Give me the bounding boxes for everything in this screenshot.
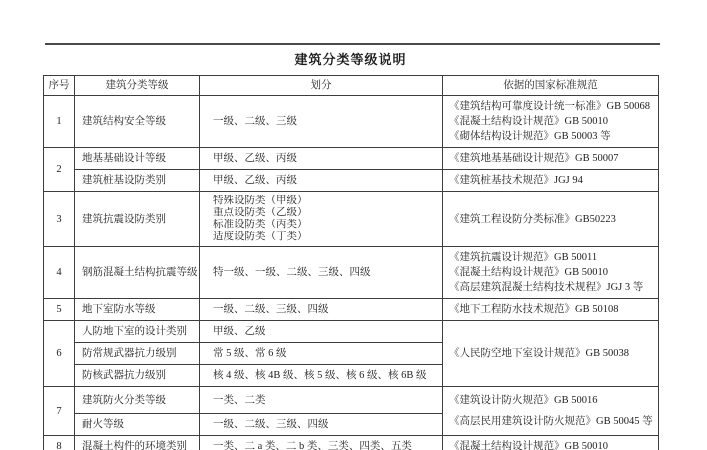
standards-cell: 《建筑地基基础设计规范》GB 50007 [443, 148, 659, 170]
text-line: 一级、二级、三级、四级 [213, 302, 440, 317]
table-row: 5地下室防水等级一级、二级、三级、四级《地下工程防水技术规范》GB 50108 [44, 299, 659, 321]
text-line: 《建筑结构可靠度设计统一标准》GB 50068 [449, 99, 656, 114]
category-cell: 防常规武器抗力级别 [75, 343, 200, 365]
division-cell: 一级、二级、三级、四级 [200, 299, 443, 321]
seq-cell: 1 [44, 96, 75, 148]
text-line: 防核武器抗力级别 [82, 368, 197, 383]
table-row: 4钢筋混凝土结构抗震等级特一级、一级、二级、三级、四级《建筑抗震设计规范》GB … [44, 247, 659, 299]
text-line: 《人民防空地下室设计规范》GB 50038 [449, 343, 656, 364]
seq-cell: 8 [44, 436, 75, 450]
text-line: 防常规武器抗力级别 [82, 346, 197, 361]
seq-cell: 6 [44, 321, 75, 387]
table-row: 6人防地下室的设计类别甲级、乙级《人民防空地下室设计规范》GB 50038 [44, 321, 659, 343]
column-header-category: 建筑分类等级 [75, 76, 200, 96]
table-body: 1建筑结构安全等级一级、二级、三级《建筑结构可靠度设计统一标准》GB 50068… [44, 96, 659, 450]
standards-cell: 《人民防空地下室设计规范》GB 50038 [443, 321, 659, 387]
text-line: 《混凝土结构设计规范》GB 50010 [449, 114, 656, 129]
text-line: 《混凝土结构设计规范》GB 50010 [449, 265, 656, 280]
category-cell: 防核武器抗力级别 [75, 365, 200, 387]
standards-cell: 《建筑设计防火规范》GB 50016《高层民用建筑设计防火规范》GB 50045… [443, 387, 659, 436]
text-line: 《高层民用建筑设计防火规范》GB 50045 等 [449, 411, 656, 432]
seq-cell: 5 [44, 299, 75, 321]
text-line: 一类、二类 [213, 393, 440, 408]
text-line: 地基基础设计等级 [82, 151, 197, 166]
division-cell: 核 4 级、核 4B 级、核 5 级、核 6 级、核 6B 级 [200, 365, 443, 387]
text-line: 一级、二级、三级 [213, 114, 440, 129]
standards-cell: 《地下工程防水技术规范》GB 50108 [443, 299, 659, 321]
category-cell: 建筑结构安全等级 [75, 96, 200, 148]
division-cell: 甲级、乙级 [200, 321, 443, 343]
standards-cell: 《建筑结构可靠度设计统一标准》GB 50068《混凝土结构设计规范》GB 500… [443, 96, 659, 148]
division-cell: 一级、二级、三级 [200, 96, 443, 148]
standards-cell: 《建筑工程设防分类标准》GB50223 [443, 192, 659, 247]
text-line: 耐火等级 [82, 417, 197, 432]
page-title: 建筑分类等级说明 [43, 49, 658, 68]
table-row: 7建筑防火分类等级一类、二类《建筑设计防火规范》GB 50016《高层民用建筑设… [44, 387, 659, 414]
division-cell: 一类、二类 [200, 387, 443, 414]
standards-cell: 《建筑抗震设计规范》GB 50011《混凝土结构设计规范》GB 50010《高层… [443, 247, 659, 299]
standards-cell: 《混凝土结构设计规范》GB 50010 [443, 436, 659, 450]
text-line: 《建筑设计防火规范》GB 50016 [449, 390, 656, 411]
category-cell: 混凝土构件的环境类别 [75, 436, 200, 450]
division-cell: 甲级、乙级、丙级 [200, 148, 443, 170]
text-line: 一类、二 a 类、二 b 类、三类、四类、五类 [213, 439, 440, 450]
text-line: 甲级、乙级 [213, 324, 440, 339]
text-line: 特殊设防类（甲级） [213, 195, 440, 207]
text-line: 《建筑地基基础设计规范》GB 50007 [449, 151, 656, 166]
category-cell: 建筑桩基设防类别 [75, 170, 200, 192]
text-line: 甲级、乙级、丙级 [213, 173, 440, 188]
text-line: 一级、二级、三级、四级 [213, 417, 440, 432]
table-header: 序号 建筑分类等级 划分 依据的国家标准规范 [44, 76, 659, 96]
seq-cell: 4 [44, 247, 75, 299]
column-header-standards: 依据的国家标准规范 [443, 76, 659, 96]
column-header-seq: 序号 [44, 76, 75, 96]
division-cell: 特一级、一级、二级、三级、四级 [200, 247, 443, 299]
text-line: 甲级、乙级、丙级 [213, 151, 440, 166]
seq-cell: 7 [44, 387, 75, 436]
category-cell: 人防地下室的设计类别 [75, 321, 200, 343]
category-cell: 建筑抗震设防类别 [75, 192, 200, 247]
text-line: 《地下工程防水技术规范》GB 50108 [449, 302, 656, 317]
text-line: 建筑防火分类等级 [82, 393, 197, 408]
category-cell: 地基基础设计等级 [75, 148, 200, 170]
document-page: 建筑分类等级说明 序号 建筑分类等级 划分 依据的国家标准规范 1建筑结构安全等… [0, 0, 707, 450]
standards-cell: 《建筑桩基技术规范》JGJ 94 [443, 170, 659, 192]
text-line: 混凝土构件的环境类别 [82, 439, 197, 450]
text-line: 《砌体结构设计规范》GB 50003 等 [449, 129, 656, 144]
text-line: 建筑桩基设防类别 [82, 173, 197, 188]
division-cell: 一类、二 a 类、二 b 类、三类、四类、五类 [200, 436, 443, 450]
table-header-row: 序号 建筑分类等级 划分 依据的国家标准规范 [44, 76, 659, 96]
category-cell: 钢筋混凝土结构抗震等级 [75, 247, 200, 299]
table-row: 8混凝土构件的环境类别一类、二 a 类、二 b 类、三类、四类、五类《混凝土结构… [44, 436, 659, 450]
table-row: 3建筑抗震设防类别特殊设防类（甲级）重点设防类（乙级）标准设防类（丙类）适度设防… [44, 192, 659, 247]
text-line: 《建筑工程设防分类标准》GB50223 [449, 212, 656, 227]
text-line: 《高层建筑混凝土结构技术规程》JGJ 3 等 [449, 280, 656, 295]
text-line: 特一级、一级、二级、三级、四级 [213, 265, 440, 280]
text-line: 常 5 级、常 6 级 [213, 346, 440, 361]
top-rule-divider [45, 43, 660, 45]
text-line: 适度设防类（丁类） [213, 231, 440, 243]
table-row: 2地基基础设计等级甲级、乙级、丙级《建筑地基基础设计规范》GB 50007 [44, 148, 659, 170]
classification-table: 序号 建筑分类等级 划分 依据的国家标准规范 1建筑结构安全等级一级、二级、三级… [43, 75, 659, 450]
seq-cell: 2 [44, 148, 75, 192]
seq-cell: 3 [44, 192, 75, 247]
category-cell: 地下室防水等级 [75, 299, 200, 321]
category-cell: 耐火等级 [75, 414, 200, 436]
text-line: 《建筑桩基技术规范》JGJ 94 [449, 173, 656, 188]
division-cell: 一级、二级、三级、四级 [200, 414, 443, 436]
text-line: 人防地下室的设计类别 [82, 324, 197, 339]
table-row: 建筑桩基设防类别甲级、乙级、丙级《建筑桩基技术规范》JGJ 94 [44, 170, 659, 192]
column-header-division: 划分 [200, 76, 443, 96]
text-line: 建筑抗震设防类别 [82, 212, 197, 227]
text-line: 核 4 级、核 4B 级、核 5 级、核 6 级、核 6B 级 [213, 368, 440, 383]
table-row: 1建筑结构安全等级一级、二级、三级《建筑结构可靠度设计统一标准》GB 50068… [44, 96, 659, 148]
text-line: 地下室防水等级 [82, 302, 197, 317]
text-line: 标准设防类（丙类） [213, 219, 440, 231]
text-line: 建筑结构安全等级 [82, 114, 197, 129]
division-cell: 甲级、乙级、丙级 [200, 170, 443, 192]
text-line: 《混凝土结构设计规范》GB 50010 [449, 439, 656, 450]
text-line: 钢筋混凝土结构抗震等级 [82, 265, 197, 280]
category-cell: 建筑防火分类等级 [75, 387, 200, 414]
division-cell: 常 5 级、常 6 级 [200, 343, 443, 365]
text-line: 重点设防类（乙级） [213, 207, 440, 219]
division-cell: 特殊设防类（甲级）重点设防类（乙级）标准设防类（丙类）适度设防类（丁类） [200, 192, 443, 247]
text-line: 《建筑抗震设计规范》GB 50011 [449, 250, 656, 265]
